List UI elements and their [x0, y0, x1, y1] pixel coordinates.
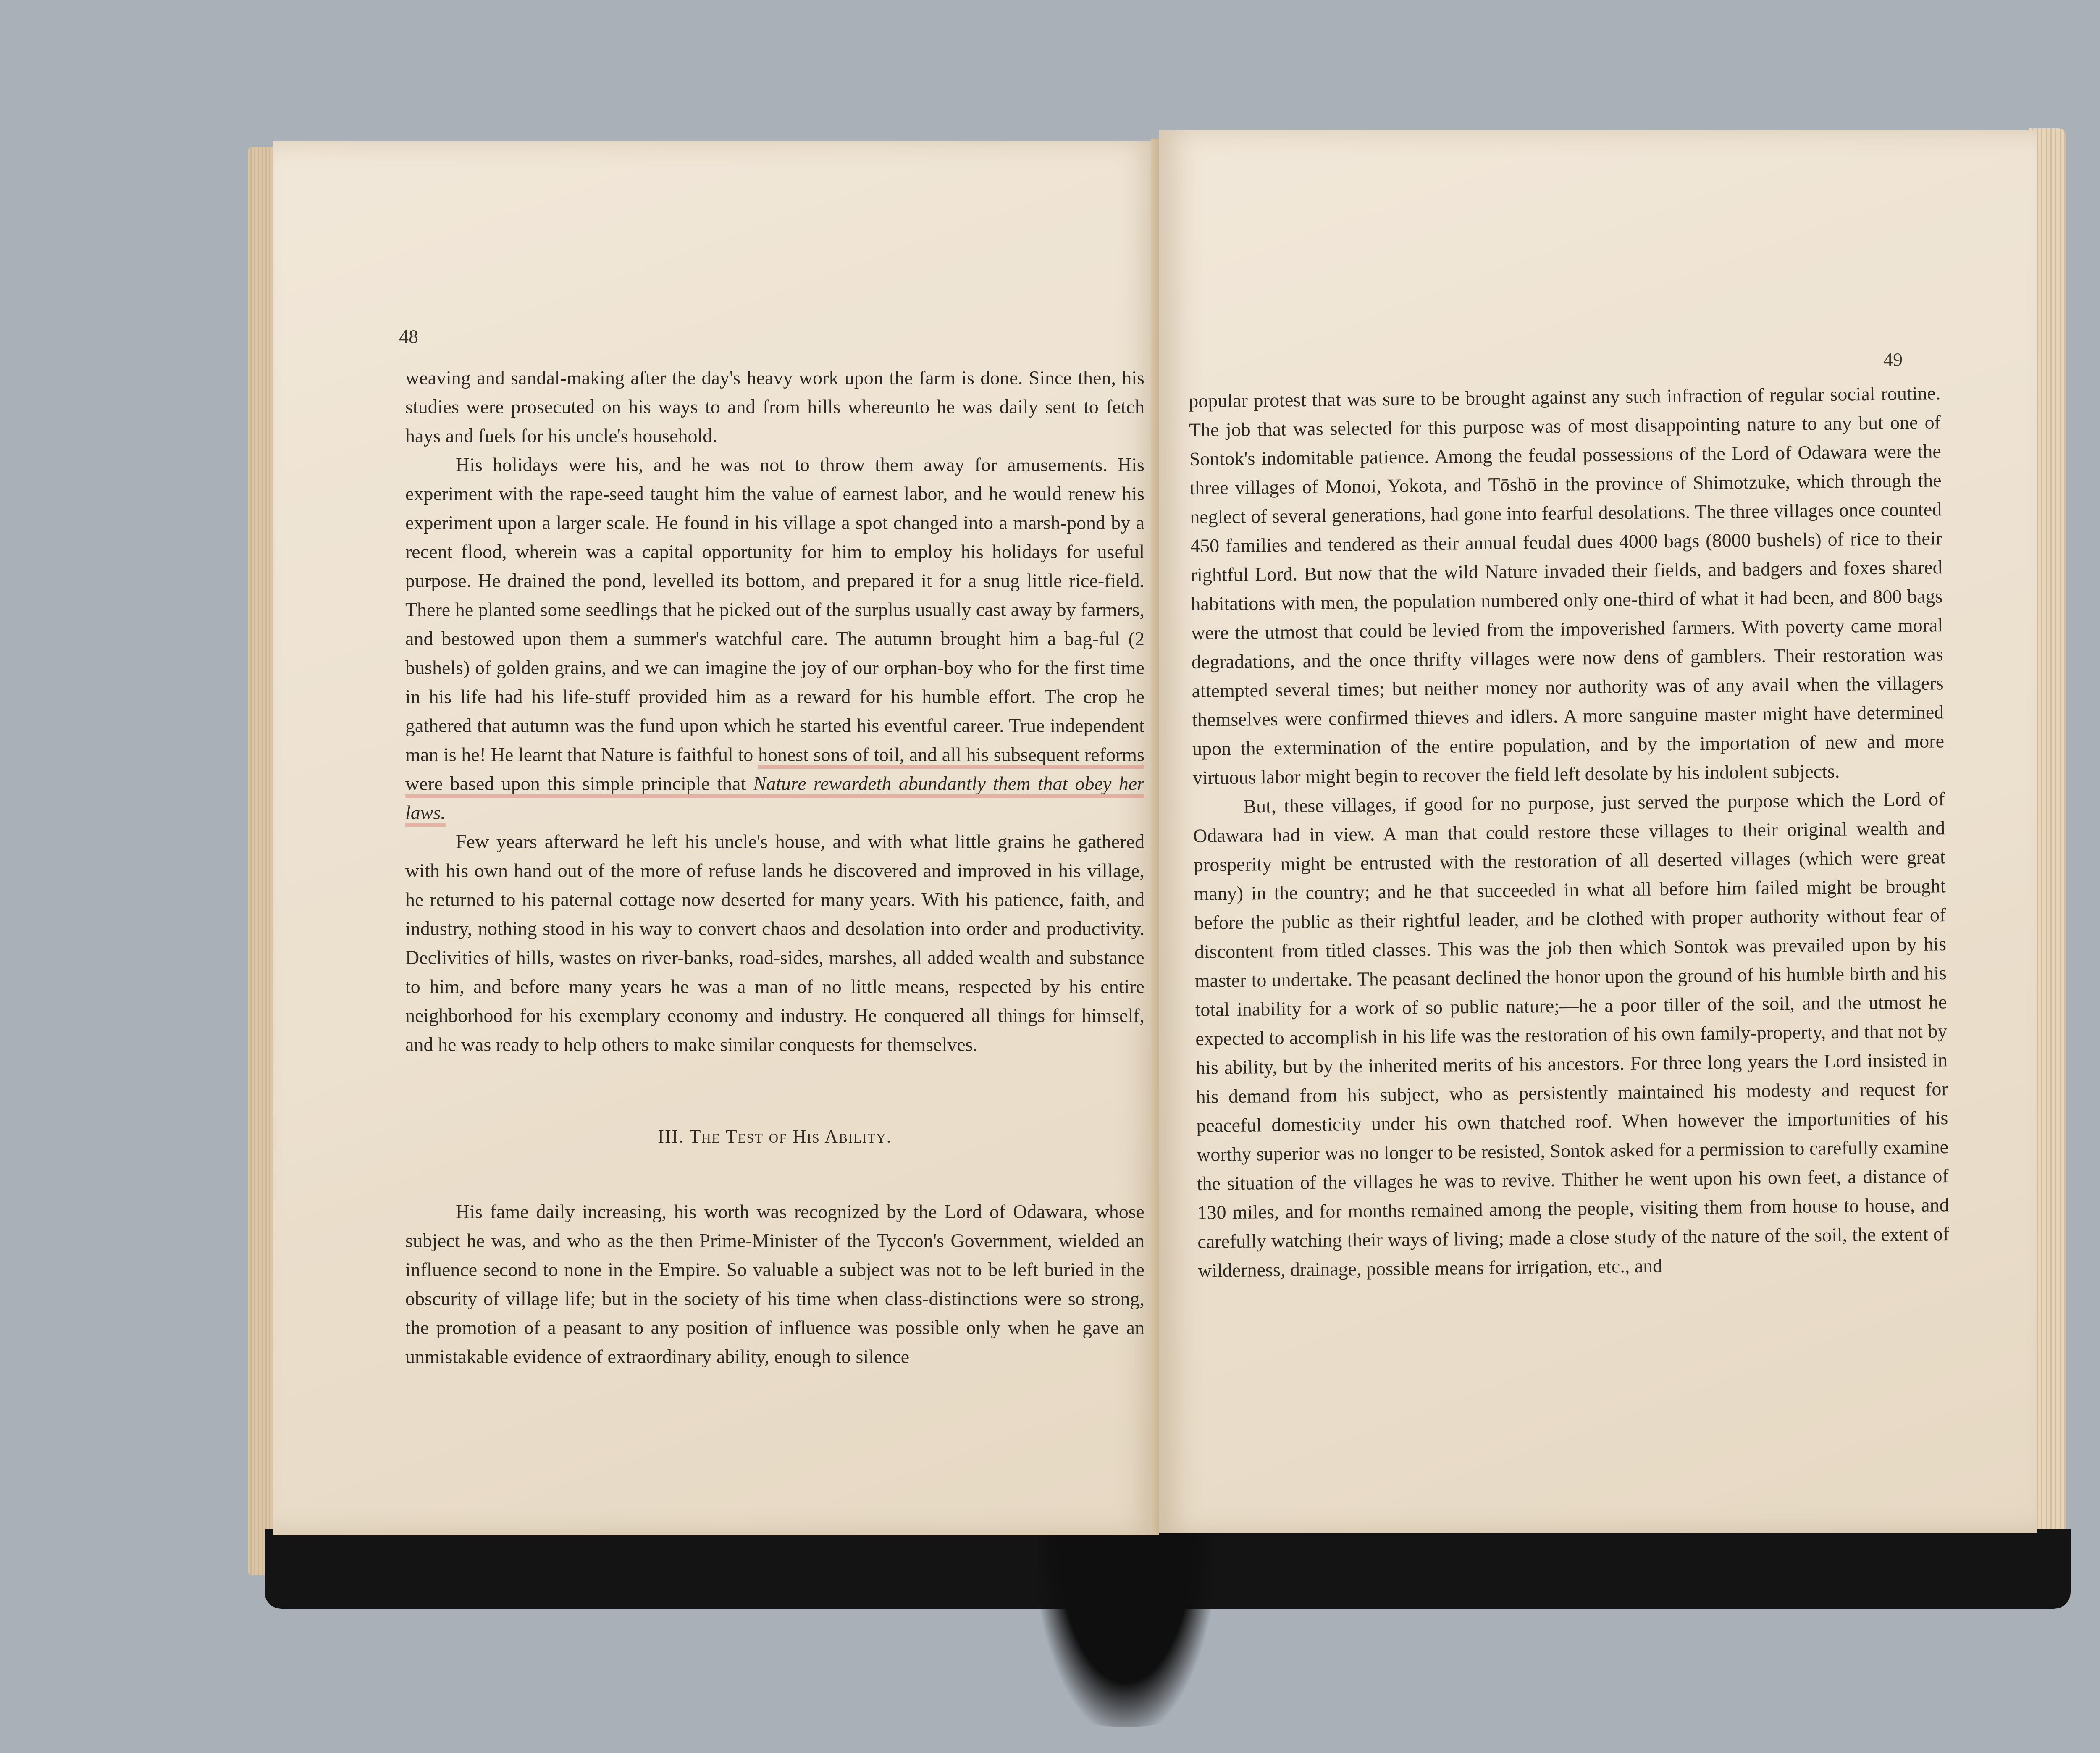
- page-number-left: 48: [399, 326, 418, 348]
- left-page: 48 weaving and sandal-making after the d…: [273, 141, 1159, 1535]
- paragraph-text: His holidays were his, and he was not to…: [405, 454, 1144, 765]
- left-page-text: weaving and sandal-making after the day'…: [405, 363, 1144, 1371]
- paragraph: popular protest that was sure to be brou…: [1189, 378, 1945, 792]
- paragraph: His holidays were his, and he was not to…: [405, 450, 1144, 827]
- paragraph: weaving and sandal-making after the day'…: [405, 363, 1144, 450]
- paragraph: Few years afterward he left his uncle's …: [405, 827, 1144, 1059]
- right-page-text: popular protest that was sure to be brou…: [1189, 378, 1950, 1285]
- spine-shadow: [1037, 1529, 1214, 1727]
- right-page: 49 popular protest that was sure to be b…: [1159, 130, 2037, 1533]
- page-number-right: 49: [1883, 349, 1903, 371]
- paragraph: His fame daily increasing, his worth was…: [405, 1197, 1144, 1371]
- section-heading: III. The Test of His Ability.: [405, 1122, 1144, 1151]
- paragraph: But, these villages, if good for no purp…: [1193, 784, 1950, 1285]
